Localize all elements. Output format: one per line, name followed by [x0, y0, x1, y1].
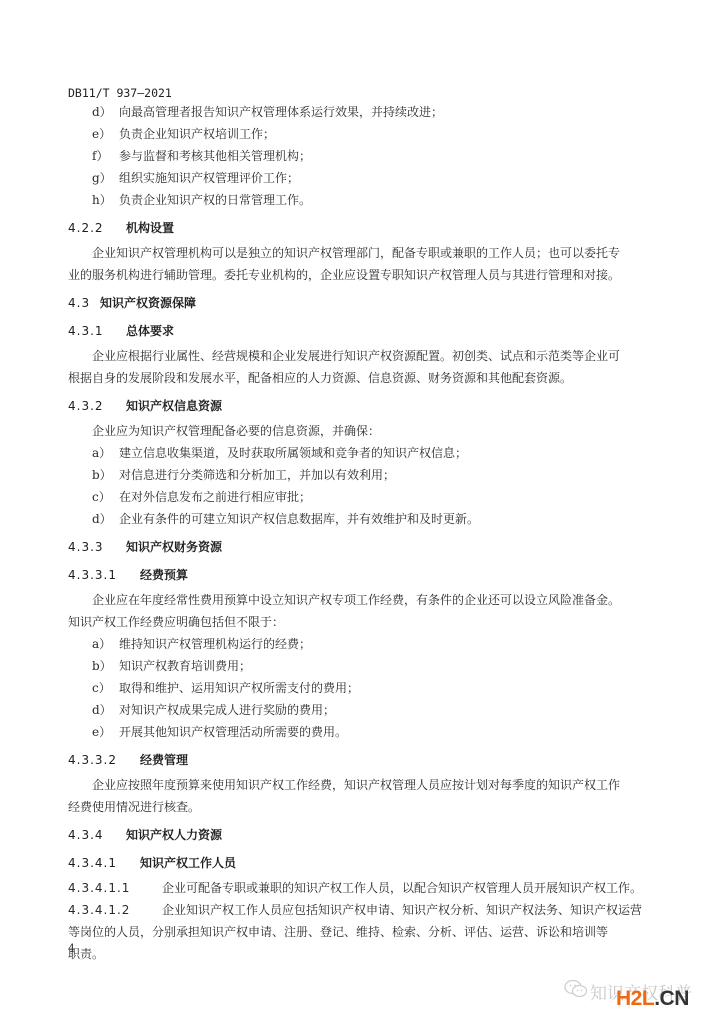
- list-item-label: g）: [92, 170, 119, 186]
- list-item: b）对信息进行分类筛选和分析加工，并加以有效利用；: [92, 467, 395, 483]
- section-heading: 4.3.3.2经费管理: [68, 752, 188, 768]
- section-title: 机构设置: [126, 221, 174, 235]
- paragraph-line: 企业应根据行业属性、经营规模和企业发展进行知识产权资源配置。初创类、试点和示范类…: [92, 348, 620, 364]
- section-number: 4.3.3: [68, 539, 126, 555]
- list-item: d）企业有条件的可建立知识产权信息数据库，并有效维护和及时更新。: [92, 511, 479, 527]
- numbered-clause: 4.3.4.1.1企业可配备专职或兼职的知识产权工作人员，以配合知识产权管理人员…: [68, 880, 642, 896]
- list-item-label: e）: [92, 724, 119, 740]
- list-item-label: a）: [92, 445, 119, 461]
- section-title: 总体要求: [126, 324, 174, 338]
- document-page: DB11/T 937—2021 d）向最高管理者报告知识产权管理体系运行效果，并…: [0, 0, 720, 1019]
- list-item-label: b）: [92, 467, 119, 483]
- section-heading: 4.3.2知识产权信息资源: [68, 398, 222, 414]
- list-item-text: 向最高管理者报告知识产权管理体系运行效果，并持续改进；: [119, 105, 443, 119]
- list-item: a）建立信息收集渠道，及时获取所属领域和竞争者的知识产权信息；: [92, 445, 467, 461]
- section-title: 经费管理: [140, 753, 188, 767]
- list-item-text: 对知识产权成果完成人进行奖励的费用；: [119, 703, 335, 717]
- list-item-label: d）: [92, 702, 119, 718]
- section-heading: 4.3知识产权资源保障: [68, 295, 196, 311]
- section-heading: 4.3.4.1知识产权工作人员: [68, 855, 236, 871]
- watermark: 知识产权科普 H2L.CN: [562, 975, 718, 1011]
- paragraph-line: 经费使用情况进行核查。: [68, 799, 200, 815]
- list-item-text: 知识产权教育培训费用；: [119, 659, 251, 673]
- list-item-text: 企业有条件的可建立知识产权信息数据库，并有效维护和及时更新。: [119, 512, 479, 526]
- list-item: c）在对外信息发布之前进行相应审批；: [92, 489, 311, 505]
- section-title: 知识产权资源保障: [100, 296, 196, 310]
- list-item: h）负责企业知识产权的日常管理工作。: [92, 192, 311, 208]
- clause-number: 4.3.4.1.2: [68, 902, 162, 918]
- paragraph-line: 业的服务机构进行辅助管理。委托专业机构的，企业应设置专职知识产权管理人员与其进行…: [68, 267, 620, 283]
- list-item-text: 负责企业知识产权培训工作；: [119, 127, 275, 141]
- section-number: 4.3.4: [68, 827, 126, 843]
- section-number: 4.3: [68, 295, 100, 311]
- section-number: 4.3.1: [68, 323, 126, 339]
- list-item: a）维持知识产权管理机构运行的经费；: [92, 636, 311, 652]
- paragraph-line: 企业知识产权管理机构可以是独立的知识产权管理部门，配备专职或兼职的工作人员；也可…: [92, 245, 620, 261]
- section-title: 知识产权信息资源: [126, 399, 222, 413]
- list-item: f）参与监督和考核其他相关管理机构；: [92, 148, 311, 164]
- list-item-label: c）: [92, 680, 119, 696]
- section-number: 4.3.4.1: [68, 855, 140, 871]
- section-heading: 4.2.2机构设置: [68, 220, 174, 236]
- clause-text: 企业知识产权工作人员应包括知识产权申请、知识产权分析、知识产权法务、知识产权运营: [162, 903, 642, 917]
- list-item-label: f）: [92, 148, 119, 164]
- paragraph-line: 知识产权工作经费应明确包括但不限于：: [68, 614, 284, 630]
- section-number: 4.2.2: [68, 220, 126, 236]
- section-number: 4.3.3.2: [68, 752, 140, 768]
- section-heading: 4.3.3.1经费预算: [68, 567, 188, 583]
- list-item-text: 取得和维护、运用知识产权所需支付的费用；: [119, 681, 359, 695]
- section-heading: 4.3.1总体要求: [68, 323, 174, 339]
- list-item: c）取得和维护、运用知识产权所需支付的费用；: [92, 680, 359, 696]
- list-item-text: 维持知识产权管理机构运行的经费；: [119, 637, 311, 651]
- wechat-icon: [564, 978, 588, 1000]
- site-logo: H2L.CN: [616, 987, 689, 1011]
- list-item-label: d）: [92, 104, 119, 120]
- list-item-label: b）: [92, 658, 119, 674]
- section-title: 知识产权工作人员: [140, 856, 236, 870]
- list-item: b）知识产权教育培训费用；: [92, 658, 251, 674]
- section-heading: 4.3.4知识产权人力资源: [68, 827, 222, 843]
- list-item-label: h）: [92, 192, 119, 208]
- section-number: 4.3.3.1: [68, 567, 140, 583]
- list-item: e）开展其他知识产权管理活动所需要的费用。: [92, 724, 347, 740]
- section-title: 知识产权财务资源: [126, 540, 222, 554]
- section-number: 4.3.2: [68, 398, 126, 414]
- standard-id: DB11/T 937—2021: [68, 86, 172, 100]
- list-item: d）向最高管理者报告知识产权管理体系运行效果，并持续改进；: [92, 104, 443, 120]
- list-item-label: e）: [92, 126, 119, 142]
- section-title: 经费预算: [140, 568, 188, 582]
- page-number: 4: [68, 942, 75, 955]
- clause-number: 4.3.4.1.1: [68, 880, 162, 896]
- section-heading: 4.3.3知识产权财务资源: [68, 539, 222, 555]
- site-logo-cn: .CN: [654, 987, 689, 1010]
- site-logo-h2l: H2L: [616, 987, 654, 1010]
- section-title: 知识产权人力资源: [126, 828, 222, 842]
- list-item-text: 组织实施知识产权管理评价工作；: [119, 171, 299, 185]
- list-item-label: a）: [92, 636, 119, 652]
- list-item-text: 负责企业知识产权的日常管理工作。: [119, 193, 311, 207]
- paragraph-line: 企业应在年度经常性费用预算中设立知识产权专项工作经费，有条件的企业还可以设立风险…: [92, 592, 620, 608]
- paragraph-line: 企业应为知识产权管理配备必要的信息资源，并确保：: [92, 423, 380, 439]
- paragraph-line: 等岗位的人员，分别承担知识产权申请、注册、登记、维持、检索、分析、评估、运营、诉…: [68, 924, 608, 940]
- paragraph-line: 企业应按照年度预算来使用知识产权工作经费，知识产权管理人员应按计划对每季度的知识…: [92, 777, 620, 793]
- clause-text: 企业可配备专职或兼职的知识产权工作人员，以配合知识产权管理人员开展知识产权工作。: [162, 881, 642, 895]
- list-item: g）组织实施知识产权管理评价工作；: [92, 170, 299, 186]
- list-item-label: c）: [92, 489, 119, 505]
- list-item: d）对知识产权成果完成人进行奖励的费用；: [92, 702, 335, 718]
- paragraph-line: 根据自身的发展阶段和发展水平，配备相应的人力资源、信息资源、财务资源和其他配套资…: [68, 370, 572, 386]
- list-item-text: 在对外信息发布之前进行相应审批；: [119, 490, 311, 504]
- list-item-text: 参与监督和考核其他相关管理机构；: [119, 149, 311, 163]
- list-item-text: 开展其他知识产权管理活动所需要的费用。: [119, 725, 347, 739]
- list-item-text: 建立信息收集渠道，及时获取所属领域和竞争者的知识产权信息；: [119, 446, 467, 460]
- list-item: e）负责企业知识产权培训工作；: [92, 126, 275, 142]
- list-item-text: 对信息进行分类筛选和分析加工，并加以有效利用；: [119, 468, 395, 482]
- numbered-clause: 4.3.4.1.2企业知识产权工作人员应包括知识产权申请、知识产权分析、知识产权…: [68, 902, 642, 918]
- list-item-label: d）: [92, 511, 119, 527]
